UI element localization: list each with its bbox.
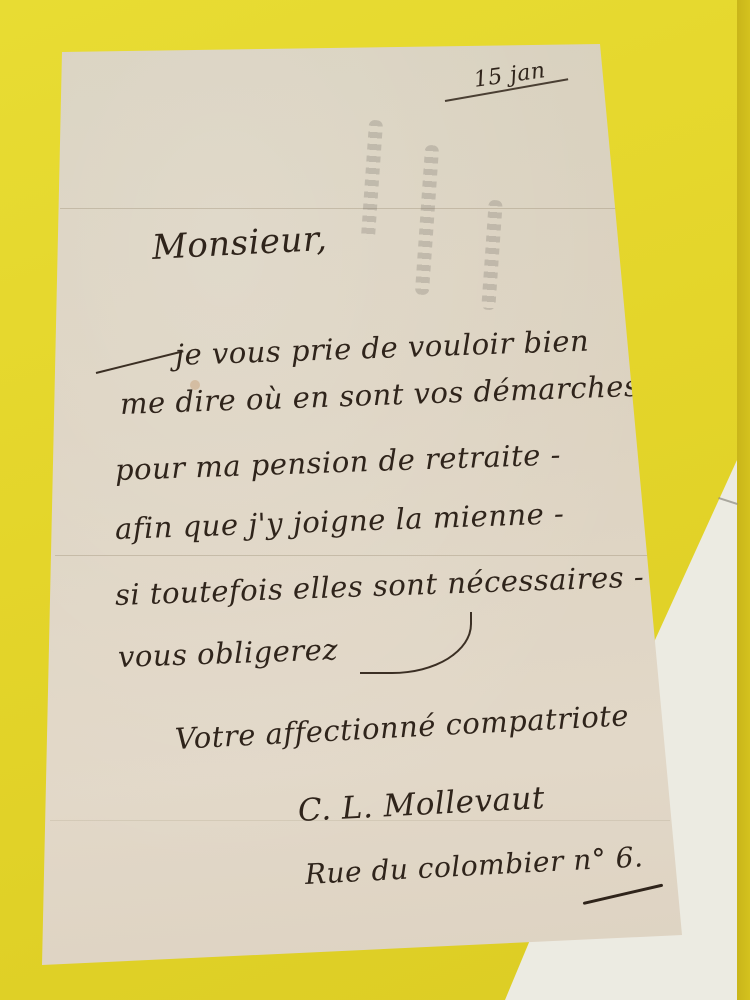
sender-address: Rue du colombier n° 6. (304, 840, 644, 891)
letter-closing: Votre affectionné compatriote (174, 698, 630, 756)
ink-swash-flourish (360, 612, 472, 674)
letter-body-line: je vous prie de vouloir bien (174, 324, 589, 372)
paper-fold-line (60, 208, 620, 209)
letter-body-line: si toutefois elles sont nécessaires - (114, 560, 644, 612)
address-underline (583, 884, 664, 905)
letter-signature: C. L. Mollevaut (297, 780, 546, 829)
photo-scene: 15 jan Monsieur, je vous prie de vouloir… (0, 0, 750, 1000)
letter-body-line: vous obligerez (117, 632, 338, 674)
paper-fold-line (55, 555, 655, 556)
letter-salutation: Monsieur, (151, 219, 328, 268)
bleed-through-text (415, 145, 439, 296)
bleed-through-text (481, 200, 503, 311)
initial-flourish (96, 350, 184, 374)
letter-body-line: me dire où en sont vos démarches (119, 369, 639, 421)
letter-body-line: afin que j'y joigne la mienne - (114, 496, 564, 546)
bleed-through-text (361, 120, 383, 241)
letter-body-line: pour ma pension de retraite - (114, 437, 561, 487)
letter-paper: 15 jan Monsieur, je vous prie de vouloir… (0, 0, 750, 1000)
dark-yellow-edge (737, 0, 750, 1000)
